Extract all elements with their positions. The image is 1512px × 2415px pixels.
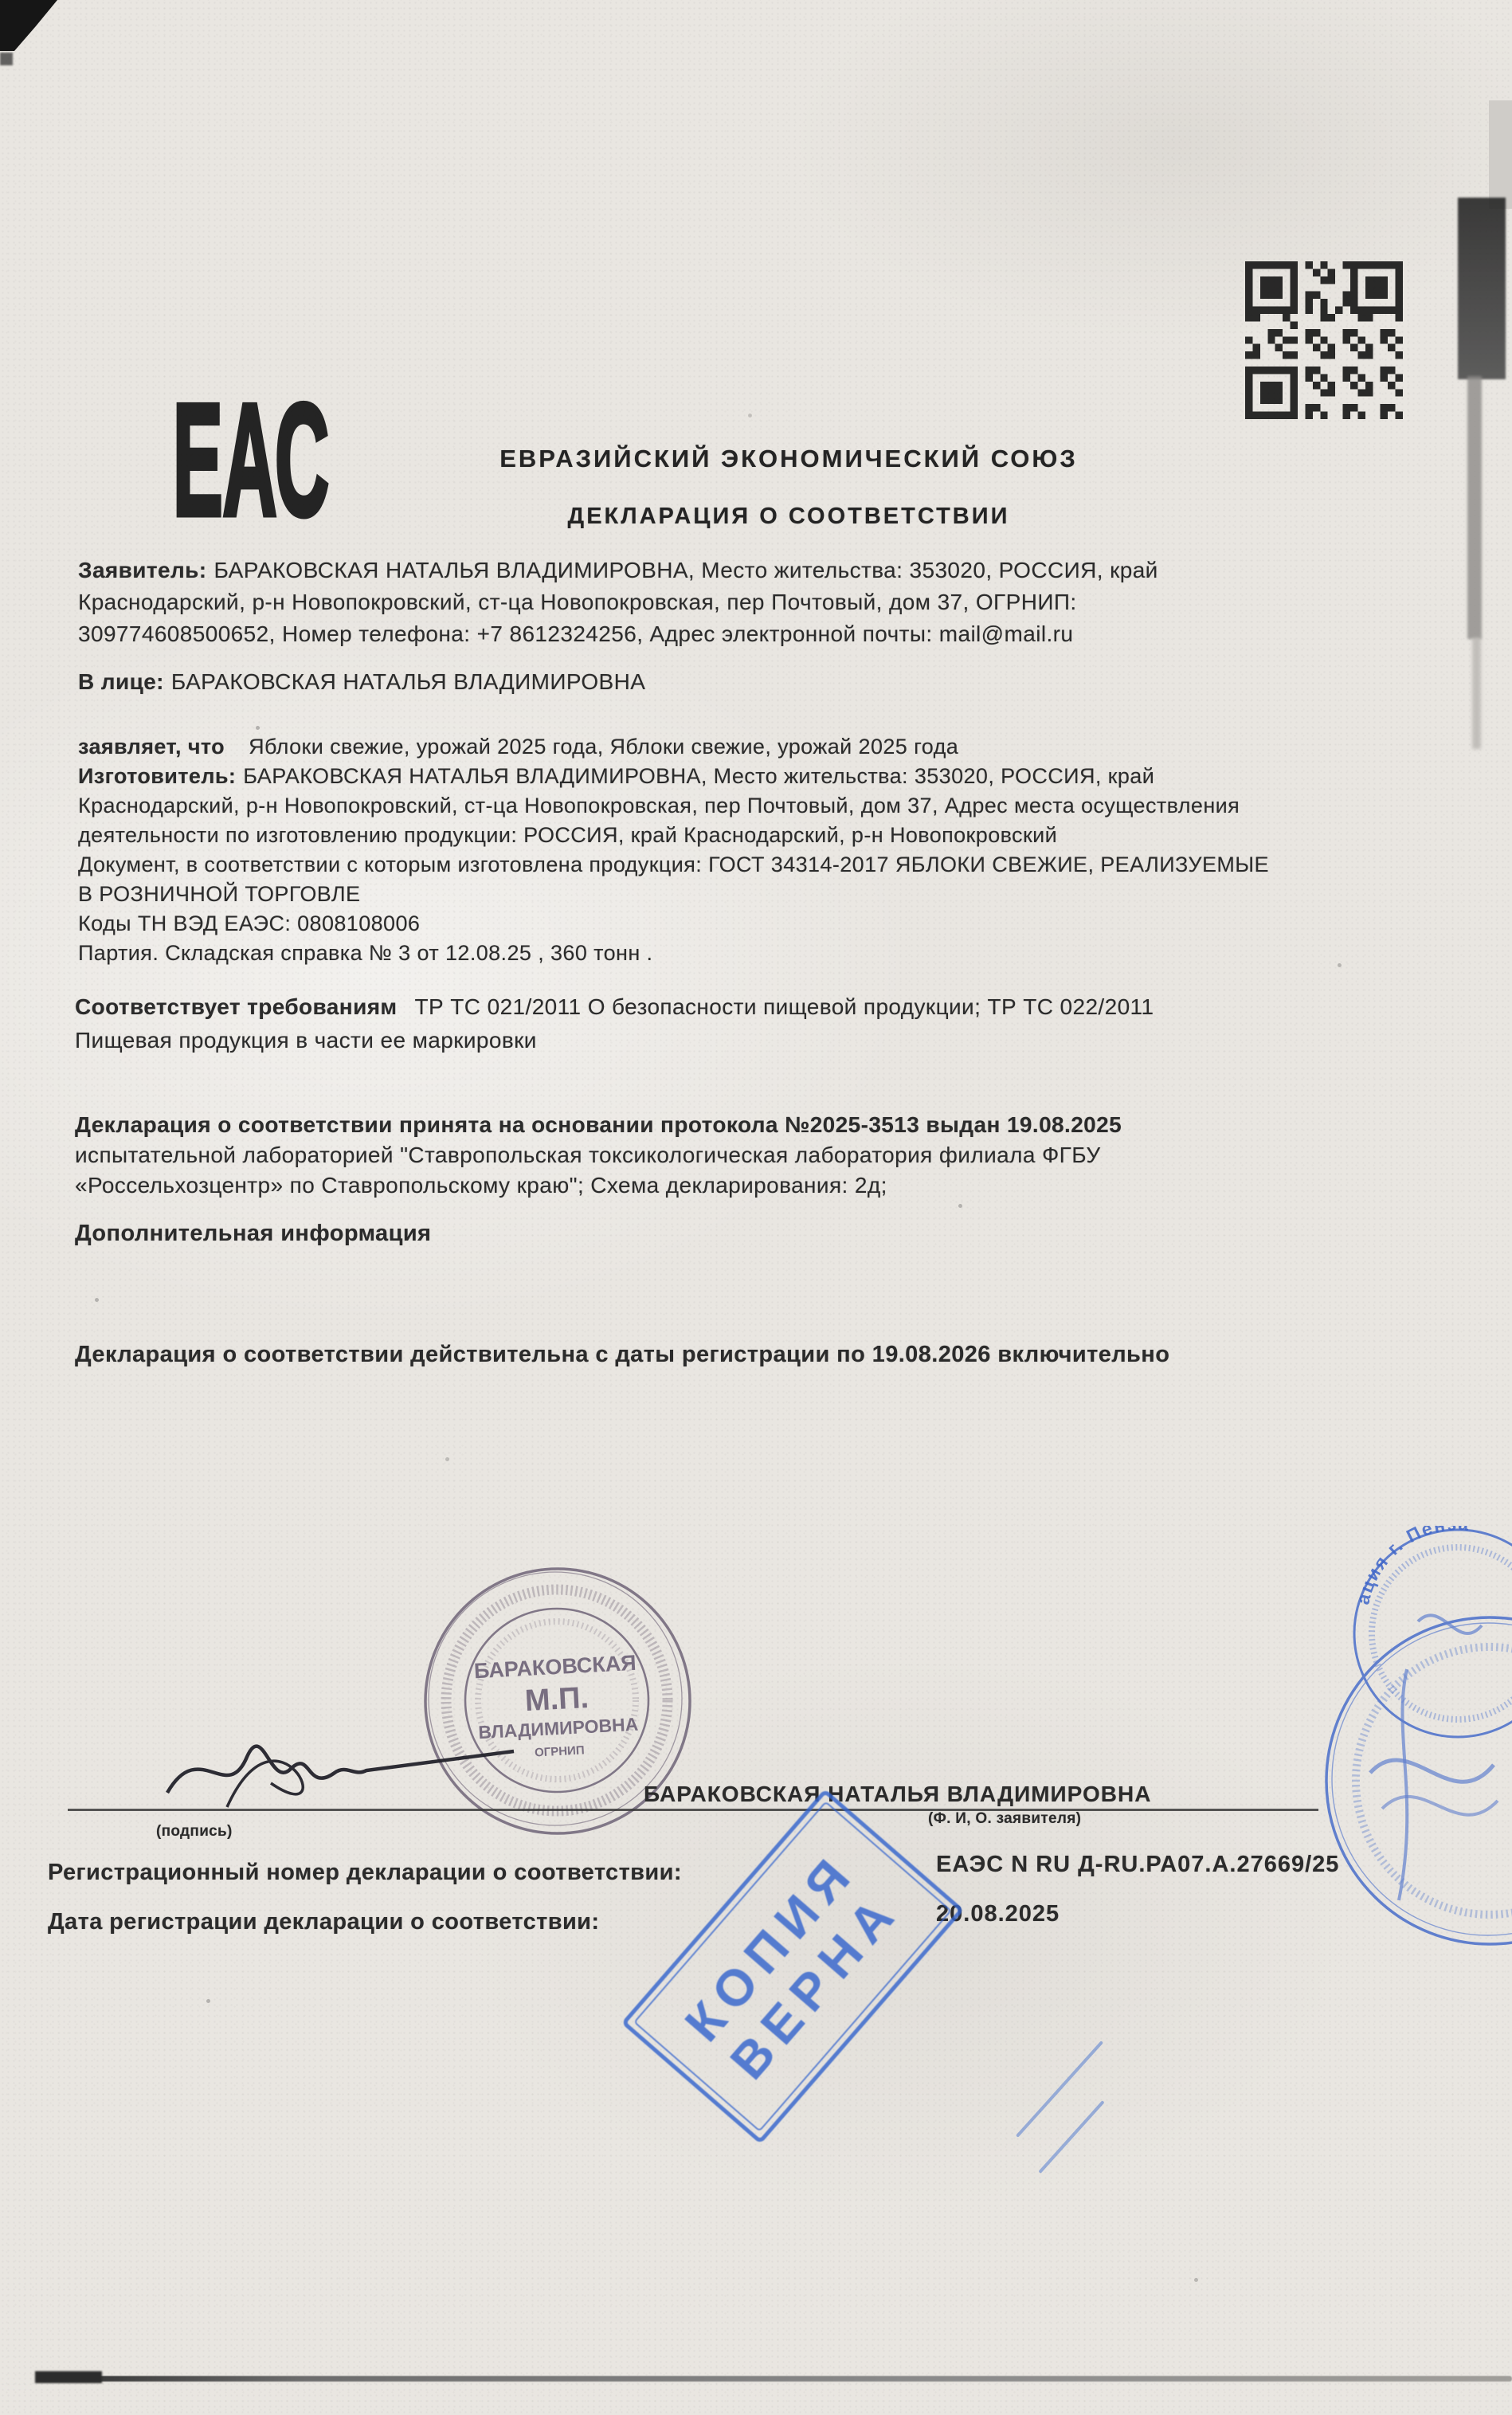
tnved-codes-line: Коды ТН ВЭД ЕАЭС: 0808108006	[78, 912, 420, 936]
signature-scribble	[151, 1713, 534, 1825]
in-person-line: В лице:БАРАКОВСКАЯ НАТАЛЬЯ ВЛАДИМИРОВНА	[78, 669, 645, 695]
product-text: Яблоки свежие, урожай 2025 года, Яблоки …	[249, 735, 958, 759]
eac-logo: ЕАС	[167, 397, 335, 532]
eac-mark-text: ЕАС	[173, 371, 329, 549]
name-caption: (Ф. И, О. заявителя)	[928, 1810, 1081, 1828]
scan-dust-specks	[0, 0, 2, 2]
round-stamp-line-2: М.П.	[524, 1681, 590, 1718]
scan-artifact-bottom-line	[40, 2376, 1512, 2382]
batch-line: Партия. Складская справка № 3 от 12.08.2…	[78, 941, 652, 966]
qr-code	[1245, 261, 1403, 419]
compliance-line-2: Пищевая продукция в части ее маркировки	[75, 1028, 537, 1053]
registration-number-value: ЕАЭС N RU Д-RU.РА07.А.27669/25	[936, 1852, 1339, 1878]
union-title: ЕВРАЗИЙСКИЙ ЭКОНОМИЧЕСКИЙ СОЮЗ	[319, 445, 1259, 473]
applicant-line-2: Краснодарский, р-н Новопокровский, ст-ца…	[78, 590, 1077, 615]
signature-rule	[68, 1809, 1318, 1811]
scan-artifact-right-strip-light	[1489, 100, 1512, 209]
scan-artifact-right-band-gray	[1467, 376, 1482, 639]
applicant-line-1-text: БАРАКОВСКАЯ НАТАЛЬЯ ВЛАДИМИРОВНА, Место …	[214, 558, 1158, 582]
declares-label: заявляет, что	[78, 735, 225, 759]
compliance-line-1: Соответствует требованиямТР ТС 021/2011 …	[75, 994, 1154, 1020]
basis-line-1: Декларация о соответствии принята на осн…	[75, 1112, 1122, 1138]
compliance-text: ТР ТС 021/2011 О безопасности пищевой пр…	[415, 994, 1154, 1019]
manufacturer-text: БАРАКОВСКАЯ НАТАЛЬЯ ВЛАДИМИРОВНА, Место …	[243, 764, 1154, 788]
scan-artifact-bottom-blob	[35, 2371, 102, 2383]
scan-artifact-left-edge	[0, 53, 13, 65]
additional-info-label: Дополнительная информация	[75, 1221, 431, 1247]
blue-stamp-arc-text: ация г. Пенза	[1352, 1526, 1471, 1606]
validity-line: Декларация о соответствии действительна …	[75, 1342, 1169, 1368]
basis-line-2: испытательной лабораторией "Ставропольск…	[75, 1143, 1101, 1168]
stamp-ink-smear-1	[1016, 2041, 1103, 2138]
signature-caption: (подпись)	[156, 1823, 233, 1841]
basis-line-3: «Россельхозцентр» по Ставропольскому кра…	[75, 1173, 887, 1198]
document-title: ДЕКЛАРАЦИЯ О СООТВЕТСТВИИ	[319, 504, 1259, 530]
applicant-line-1: Заявитель:БАРАКОВСКАЯ НАТАЛЬЯ ВЛАДИМИРОВ…	[78, 558, 1158, 583]
manufacturer-line: Изготовитель:БАРАКОВСКАЯ НАТАЛЬЯ ВЛАДИМИ…	[78, 764, 1154, 789]
blue-stamp-rings	[1326, 1530, 1512, 1944]
scan-artifact-top-left-corner	[0, 0, 57, 51]
gost-document-line-2: В РОЗНИЧНОЙ ТОРГОВЛЕ	[78, 882, 360, 907]
in-person-label: В лице:	[78, 669, 164, 694]
gost-document-line: Документ, в соответствии с которым изгот…	[78, 853, 1269, 877]
copy-stamp-word-2: ВЕРНА	[719, 1881, 911, 2091]
applicant-name-over-line: БАРАКОВСКАЯ НАТАЛЬЯ ВЛАДИМИРОВНА	[644, 1782, 1151, 1807]
registration-number-label: Регистрационный номер декларации о соотв…	[48, 1860, 682, 1886]
manufacturer-address-line: Краснодарский, р-н Новопокровский, ст-ца…	[78, 794, 1240, 818]
declares-line: заявляет, чтоЯблоки свежие, урожай 2025 …	[78, 735, 958, 759]
manufacturer-label: Изготовитель:	[78, 764, 236, 788]
in-person-text: БАРАКОВСКАЯ НАТАЛЬЯ ВЛАДИМИРОВНА	[171, 669, 645, 694]
copy-stamp-word-1: КОПИЯ	[673, 1841, 868, 2052]
round-stamp-line-4: ОГРНИП	[535, 1743, 585, 1759]
stamp-ink-smear-2	[1038, 2100, 1104, 2174]
applicant-label: Заявитель:	[78, 558, 207, 582]
round-stamp-line-1: БАРАКОВСКАЯ	[473, 1651, 637, 1684]
blue-registry-stamp: ация г. Пенза	[1251, 1526, 1512, 1972]
compliance-label: Соответствует требованиям	[75, 994, 398, 1019]
registration-date-label: Дата регистрации декларации о соответств…	[48, 1909, 599, 1935]
activity-address-line: деятельности по изготовлению продукции: …	[78, 823, 1057, 848]
scan-artifact-right-band-dark	[1458, 198, 1506, 379]
scan-artifact-right-band-faint	[1472, 637, 1481, 749]
applicant-line-3: 309774608500652, Номер телефона: +7 8612…	[78, 621, 1073, 647]
scanned-declaration-page: ЕАС ЕВРАЗИЙСКИЙ ЭКОНОМИЧЕСКИЙ СОЮЗ ДЕКЛА…	[0, 0, 1512, 2415]
